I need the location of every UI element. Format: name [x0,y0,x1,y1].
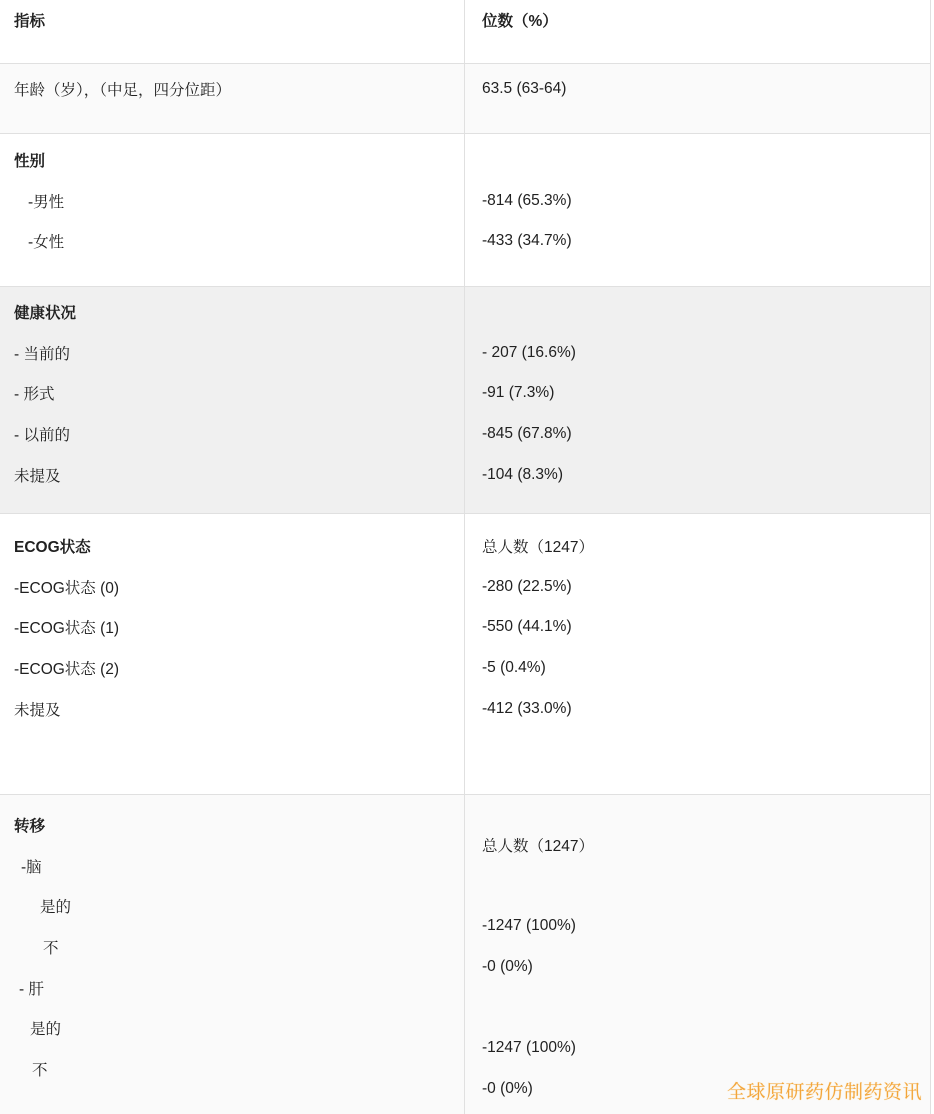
row-value: 总人数（1247） [482,526,930,567]
row-label: 未提及 [0,454,464,495]
statistics-table: 指标 位数（%） 年龄（岁），（中足，四分位距） 63.5 (63-64) 性别… [0,0,931,1114]
column-header-indicator: 指标 [0,0,464,41]
row-label: -ECOG状态 (0) [0,567,464,608]
header-cell-indicator: 指标 [0,0,465,63]
table-section-health-status: 健康状况 - 当前的 - 形式 - 以前的 未提及 - 207 (16.6%) … [0,287,930,514]
row-label: -ECOG状态 (2) [0,648,464,689]
watermark: 全球原研药仿制药资讯 [727,1077,922,1104]
row-label: 是的 [0,1008,464,1049]
table-section-age: 年龄（岁），（中足，四分位距） 63.5 (63-64) [0,64,930,134]
row-value: -104 (8.3%) [482,454,930,495]
section-title: 健康状况 [0,292,464,333]
row-label: -男性 [0,181,464,222]
table-section-metastasis: 转移 -脑 是的 不 - 肝 是的 不 总人数（1247） -1247 (100… [0,795,930,1114]
row-value [482,866,930,907]
value-cell: 63.5 (63-64) [465,64,930,133]
row-value: -433 (34.7%) [482,221,930,262]
row-label: 是的 [0,886,464,927]
row-label: - 形式 [0,373,464,414]
row-label: - 当前的 [0,333,464,374]
value-cell: -814 (65.3%) -433 (34.7%) [465,134,930,286]
value-cell: - 207 (16.6%) -91 (7.3%) -845 (67.8%) -1… [465,287,930,513]
table-header-row: 指标 位数（%） [0,0,930,64]
row-value [482,987,930,1028]
row-value: -5 (0.4%) [482,648,930,689]
row-value: -412 (33.0%) [482,688,930,729]
indicator-cell: ECOG状态 -ECOG状态 (0) -ECOG状态 (1) -ECOG状态 (… [0,514,465,794]
table-section-ecog-status: ECOG状态 -ECOG状态 (0) -ECOG状态 (1) -ECOG状态 (… [0,514,930,795]
section-title: ECOG状态 [0,526,464,567]
row-label: 不 [0,927,464,968]
row-value [482,292,930,333]
row-value: -550 (44.1%) [482,607,930,648]
column-header-value: 位数（%） [482,0,930,41]
row-value: - 207 (16.6%) [482,333,930,374]
value-cell: 总人数（1247） -280 (22.5%) -550 (44.1%) -5 (… [465,514,930,794]
row-label: 不 [0,1049,464,1090]
row-value [482,140,930,181]
row-label: -脑 [0,846,464,887]
row-value: -91 (7.3%) [482,373,930,414]
row-value: -0 (0%) [482,947,930,988]
value-cell: 总人数（1247） -1247 (100%) -0 (0%) -1247 (10… [465,795,930,1114]
row-value: 总人数（1247） [482,825,930,866]
row-value: -1247 (100%) [482,1028,930,1069]
row-label: - 肝 [0,967,464,1008]
header-cell-value: 位数（%） [465,0,930,63]
row-label: -女性 [0,221,464,262]
row-label: 未提及 [0,688,464,729]
indicator-cell: 年龄（岁），（中足，四分位距） [0,64,465,133]
section-title: 性别 [0,140,464,181]
row-value: -845 (67.8%) [482,414,930,455]
indicator-cell: 性别 -男性 -女性 [0,134,465,286]
row-label: - 以前的 [0,414,464,455]
row-label: -ECOG状态 (1) [0,607,464,648]
table-section-gender: 性别 -男性 -女性 -814 (65.3%) -433 (34.7%) [0,134,930,287]
row-label: 年龄（岁），（中足，四分位距） [0,69,464,110]
row-value: -280 (22.5%) [482,567,930,608]
indicator-cell: 健康状况 - 当前的 - 形式 - 以前的 未提及 [0,287,465,513]
indicator-cell: 转移 -脑 是的 不 - 肝 是的 不 [0,795,465,1114]
row-value: 63.5 (63-64) [482,69,930,110]
section-title: 转移 [0,805,464,846]
row-value: -814 (65.3%) [482,181,930,222]
row-value: -1247 (100%) [482,906,930,947]
